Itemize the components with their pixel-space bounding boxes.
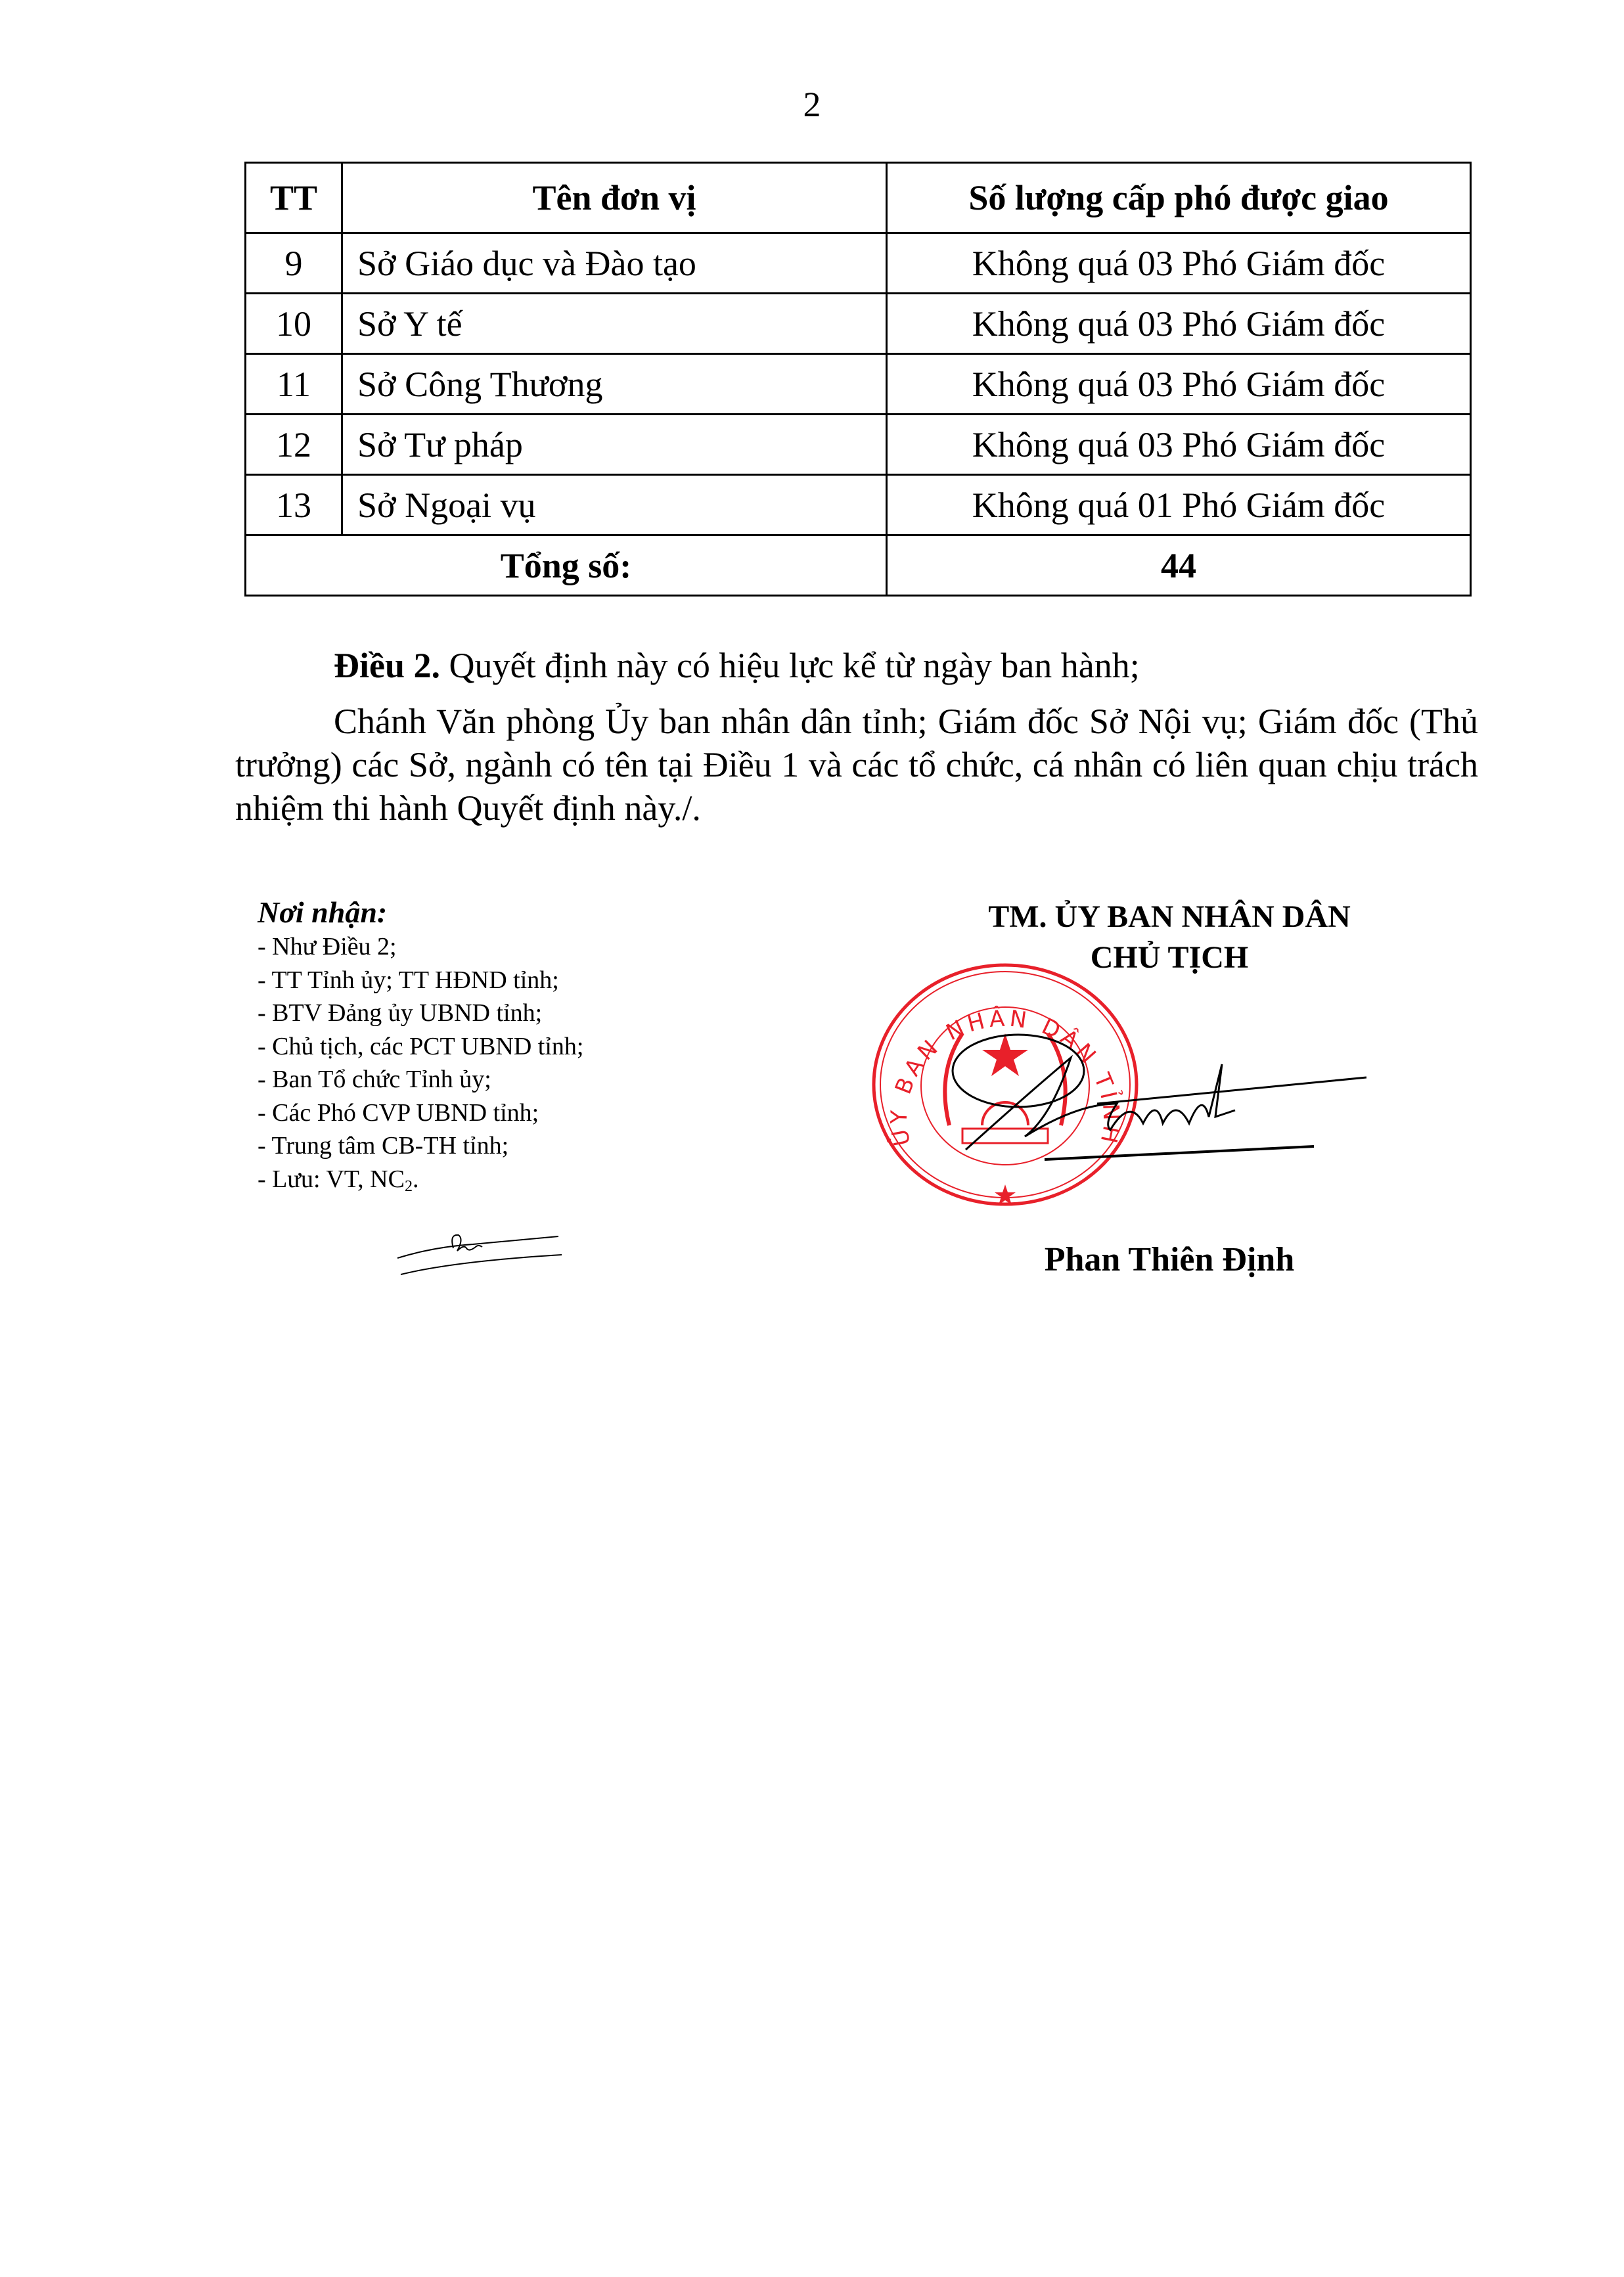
header-unit-name: Tên đơn vị	[342, 163, 887, 233]
total-label: Tổng số:	[246, 535, 887, 596]
cell-name: Sở Tư pháp	[342, 415, 887, 475]
table-row: 10Sở Y tếKhông quá 03 Phó Giám đốc	[246, 294, 1471, 354]
cell-name: Sở Giáo dục và Đào tạo	[342, 233, 887, 294]
recipient-item: - Như Điều 2;	[258, 930, 583, 964]
cell-tt: 9	[246, 233, 342, 294]
signer-name-block: Phan Thiên Định	[907, 1240, 1432, 1279]
cell-quota: Không quá 01 Phó Giám đốc	[887, 475, 1471, 535]
header-quota: Số lượng cấp phó được giao	[887, 163, 1471, 233]
recipient-item: - Chủ tịch, các PCT UBND tỉnh;	[258, 1030, 583, 1064]
article-2-label: Điều 2.	[334, 646, 440, 685]
cell-quota: Không quá 03 Phó Giám đốc	[887, 233, 1471, 294]
cell-name: Sở Y tế	[342, 294, 887, 354]
article-2: Điều 2. Quyết định này có hiệu lực kể từ…	[235, 644, 1478, 687]
page-number: 2	[0, 84, 1624, 125]
header-tt: TT	[246, 163, 342, 233]
cell-tt: 13	[246, 475, 342, 535]
recipients-heading: Nơi nhận:	[258, 895, 583, 930]
signer-org: TM. ỦY BAN NHÂN DÂN	[907, 897, 1432, 937]
cell-tt: 11	[246, 354, 342, 415]
cell-quota: Không quá 03 Phó Giám đốc	[887, 354, 1471, 415]
article-2-text: Quyết định này có hiệu lực kể từ ngày ba…	[440, 646, 1140, 685]
signer-name: Phan Thiên Định	[907, 1240, 1432, 1279]
table-row: 11Sở Công ThươngKhông quá 03 Phó Giám đố…	[246, 354, 1471, 415]
recipient-item: - Trung tâm CB-TH tỉnh;	[258, 1129, 583, 1163]
recipient-item-archive: - Lưu: VT, NC2.	[258, 1163, 583, 1196]
recipient-item: - BTV Đảng ủy UBND tỉnh;	[258, 997, 583, 1030]
chairman-signature	[946, 1025, 1373, 1176]
cell-quota: Không quá 03 Phó Giám đốc	[887, 415, 1471, 475]
recipient-item: - Ban Tổ chức Tỉnh ủy;	[258, 1063, 583, 1096]
table-row: 9Sở Giáo dục và Đào tạoKhông quá 03 Phó …	[246, 233, 1471, 294]
cell-tt: 12	[246, 415, 342, 475]
recipients-block: Nơi nhận: - Như Điều 2;- TT Tỉnh ủy; TT …	[258, 895, 583, 1196]
table-header-row: TT Tên đơn vị Số lượng cấp phó được giao	[246, 163, 1471, 233]
recipient-item: - TT Tỉnh ủy; TT HĐND tỉnh;	[258, 964, 583, 997]
cell-name: Sở Công Thương	[342, 354, 887, 415]
table-row: 12Sở Tư phápKhông quá 03 Phó Giám đốc	[246, 415, 1471, 475]
total-value: 44	[887, 535, 1471, 596]
table-row: 13Sở Ngoại vụKhông quá 01 Phó Giám đốc	[246, 475, 1471, 535]
cell-tt: 10	[246, 294, 342, 354]
execution-paragraph: Chánh Văn phòng Ủy ban nhân dân tỉnh; Gi…	[235, 700, 1478, 830]
cell-quota: Không quá 03 Phó Giám đốc	[887, 294, 1471, 354]
units-table: TT Tên đơn vị Số lượng cấp phó được giao…	[244, 162, 1472, 597]
initials-signature	[394, 1222, 565, 1281]
cell-name: Sở Ngoại vụ	[342, 475, 887, 535]
recipient-item: - Các Phó CVP UBND tỉnh;	[258, 1096, 583, 1130]
table-total-row: Tổng số: 44	[246, 535, 1471, 596]
